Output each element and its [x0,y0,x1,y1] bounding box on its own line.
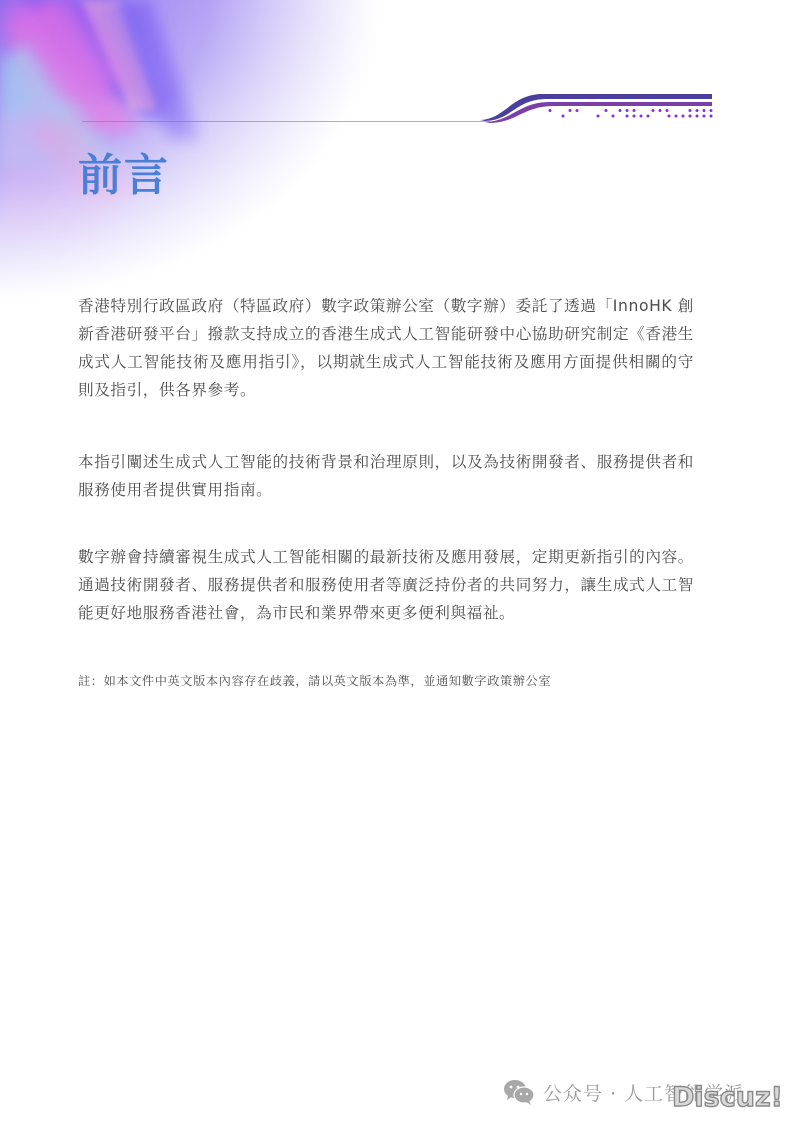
paragraph-intro: 香港特別行政區政府（特區政府）數字政策辦公室（數字辦）委託了透過「InnoHK … [78,292,694,404]
language-note: 註：如本文件中英文版本內容存在歧義，請以英文版本為準，並通知數字政策辦公室 [78,670,551,692]
dot-pattern [549,109,713,118]
discuz-watermark: Discuz! [672,1080,783,1116]
header-decorative-rule [0,80,794,130]
paragraph-scope: 本指引闡述生成式人工智能的技術背景和治理原則，以及為技術開發者、服務提供者和服務… [78,448,694,504]
wechat-icon [503,1078,535,1106]
page-title: 前言 [78,146,170,206]
decorative-corner-gradient [0,0,420,330]
paragraph-review: 數字辦會持續審視生成式人工智能相關的最新技術及應用發展，定期更新指引的內容。通過… [78,543,694,627]
